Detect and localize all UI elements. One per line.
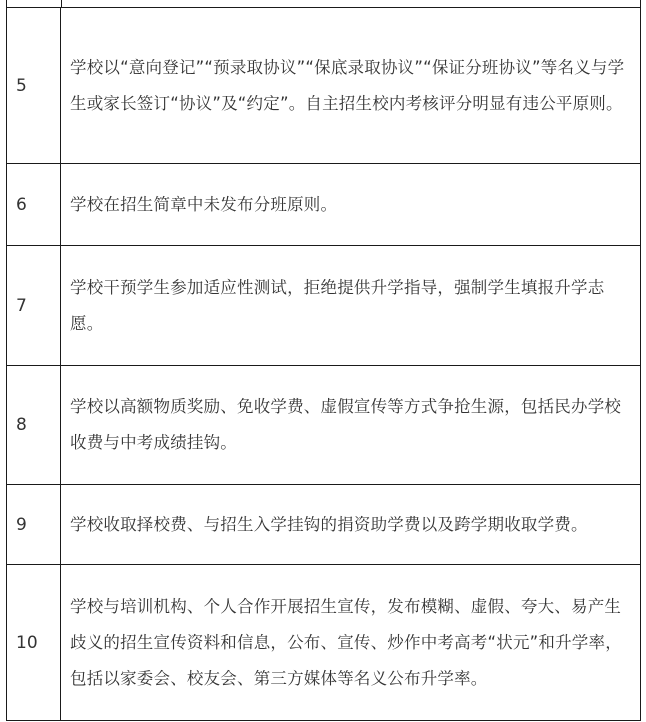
table-row: 5 学校以“意向登记”“预录取协议”“保底录取协议”“保证分班协议”等名义与学生…: [7, 7, 640, 163]
row-number: 10: [7, 565, 61, 720]
row-description: 学校以“意向登记”“预录取协议”“保底录取协议”“保证分班协议”等名义与学生或家…: [61, 8, 640, 163]
row-description: 学校与培训机构、个人合作开展招生宣传，发布模糊、虚假、夸大、易产生歧义的招生宣传…: [61, 565, 640, 720]
row-description-text: 学校干预学生参加适应性测试，拒绝提供升学指导，强制学生填报升学志愿。: [70, 270, 630, 342]
row-number: 7: [7, 246, 61, 365]
row-description-text: 学校与培训机构、个人合作开展招生宣传，发布模糊、虚假、夸大、易产生歧义的招生宣传…: [70, 589, 630, 697]
row-number: 8: [7, 366, 61, 484]
row-description: 学校以高额物质奖励、免收学费、虚假宣传等方式争抢生源，包括民办学校收费与中考成绩…: [61, 366, 640, 484]
table-row: 10 学校与培训机构、个人合作开展招生宣传，发布模糊、虚假、夸大、易产生歧义的招…: [7, 564, 640, 721]
row-description-text: 学校在招生简章中未发布分班原则。: [70, 187, 630, 223]
row-description-text: 学校以“意向登记”“预录取协议”“保底录取协议”“保证分班协议”等名义与学生或家…: [70, 50, 630, 122]
table-row: 7 学校干预学生参加适应性测试，拒绝提供升学指导，强制学生填报升学志愿。: [7, 245, 640, 365]
row-number: 9: [7, 485, 61, 564]
table-row: 6 学校在招生简章中未发布分班原则。: [7, 163, 640, 245]
row-description: 学校干预学生参加适应性测试，拒绝提供升学指导，强制学生填报升学志愿。: [61, 246, 640, 365]
table-row: 8 学校以高额物质奖励、免收学费、虚假宣传等方式争抢生源，包括民办学校收费与中考…: [7, 365, 640, 484]
table-top-continuation: [6, 0, 641, 7]
column-divider: [61, 0, 62, 7]
table-row: 9 学校收取择校费、与招生入学挂钩的捐资助学费以及跨学期收取学费。: [7, 484, 640, 564]
violations-table: 5 学校以“意向登记”“预录取协议”“保底录取协议”“保证分班协议”等名义与学生…: [6, 7, 641, 721]
row-description-text: 学校以高额物质奖励、免收学费、虚假宣传等方式争抢生源，包括民办学校收费与中考成绩…: [70, 389, 630, 461]
row-number: 6: [7, 164, 61, 245]
row-description-text: 学校收取择校费、与招生入学挂钩的捐资助学费以及跨学期收取学费。: [70, 507, 630, 543]
row-description: 学校在招生简章中未发布分班原则。: [61, 164, 640, 245]
row-description: 学校收取择校费、与招生入学挂钩的捐资助学费以及跨学期收取学费。: [61, 485, 640, 564]
row-number: 5: [7, 8, 61, 163]
